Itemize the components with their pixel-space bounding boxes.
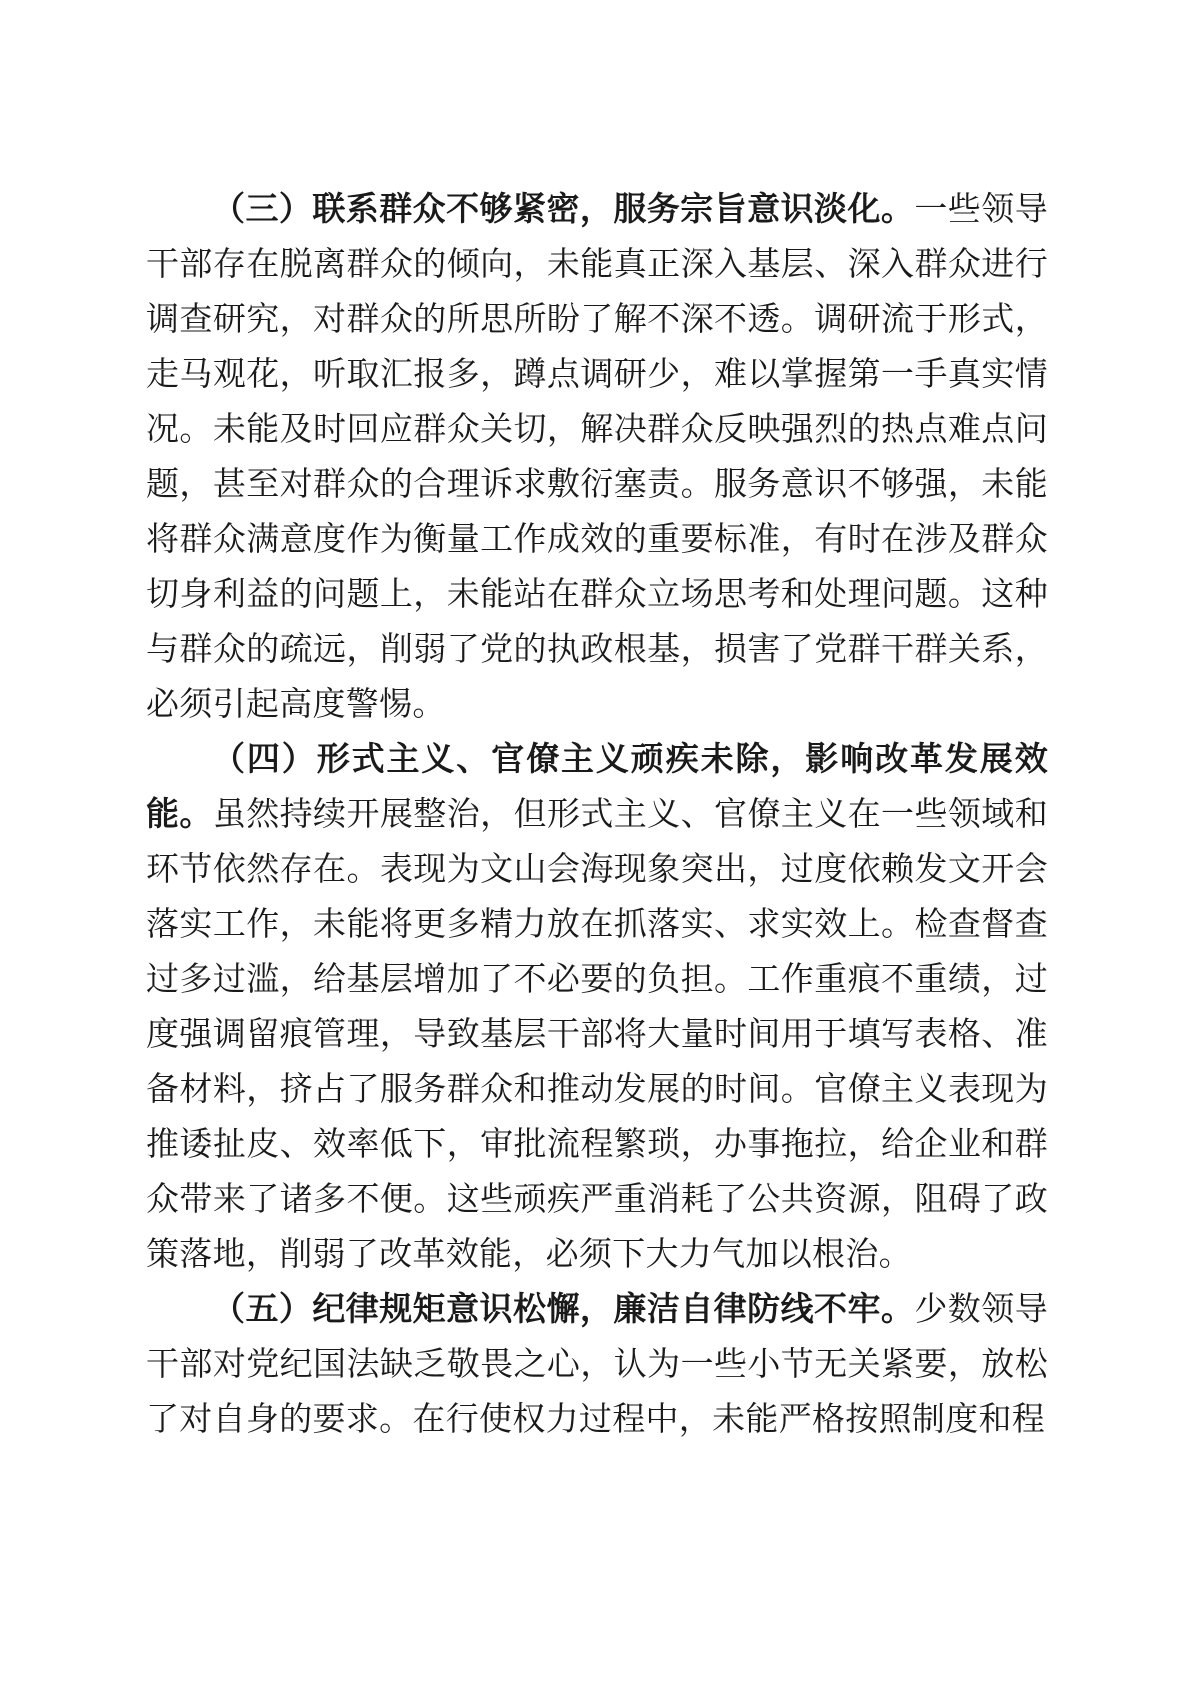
paragraph-4: （四）形式主义、官僚主义顽疾未除，影响改革发展效能。虽然持续开展整治，但形式主义… (146, 731, 1048, 1281)
paragraph-3-text: 一些领导干部存在脱离群众的倾向，未能真正深入基层、深入群众进行调查研究，对群众的… (146, 189, 1048, 723)
document-page: （三）联系群众不够紧密，服务宗旨意识淡化。一些领导干部存在脱离群众的倾向，未能真… (0, 0, 1190, 1683)
paragraph-3: （三）联系群众不够紧密，服务宗旨意识淡化。一些领导干部存在脱离群众的倾向，未能真… (146, 181, 1048, 731)
paragraph-4-text: 虽然持续开展整治，但形式主义、官僚主义在一些领域和环节依然存在。表现为文山会海现… (146, 794, 1048, 1273)
paragraph-5-lead: （五）纪律规矩意识松懈，廉洁自律防线不牢。 (212, 1289, 914, 1328)
paragraph-5: （五）纪律规矩意识松懈，廉洁自律防线不牢。少数领导干部对党纪国法缺乏敬畏之心，认… (146, 1281, 1048, 1446)
paragraph-3-lead: （三）联系群众不够紧密，服务宗旨意识淡化。 (212, 189, 914, 228)
document-body: （三）联系群众不够紧密，服务宗旨意识淡化。一些领导干部存在脱离群众的倾向，未能真… (146, 181, 1048, 1446)
